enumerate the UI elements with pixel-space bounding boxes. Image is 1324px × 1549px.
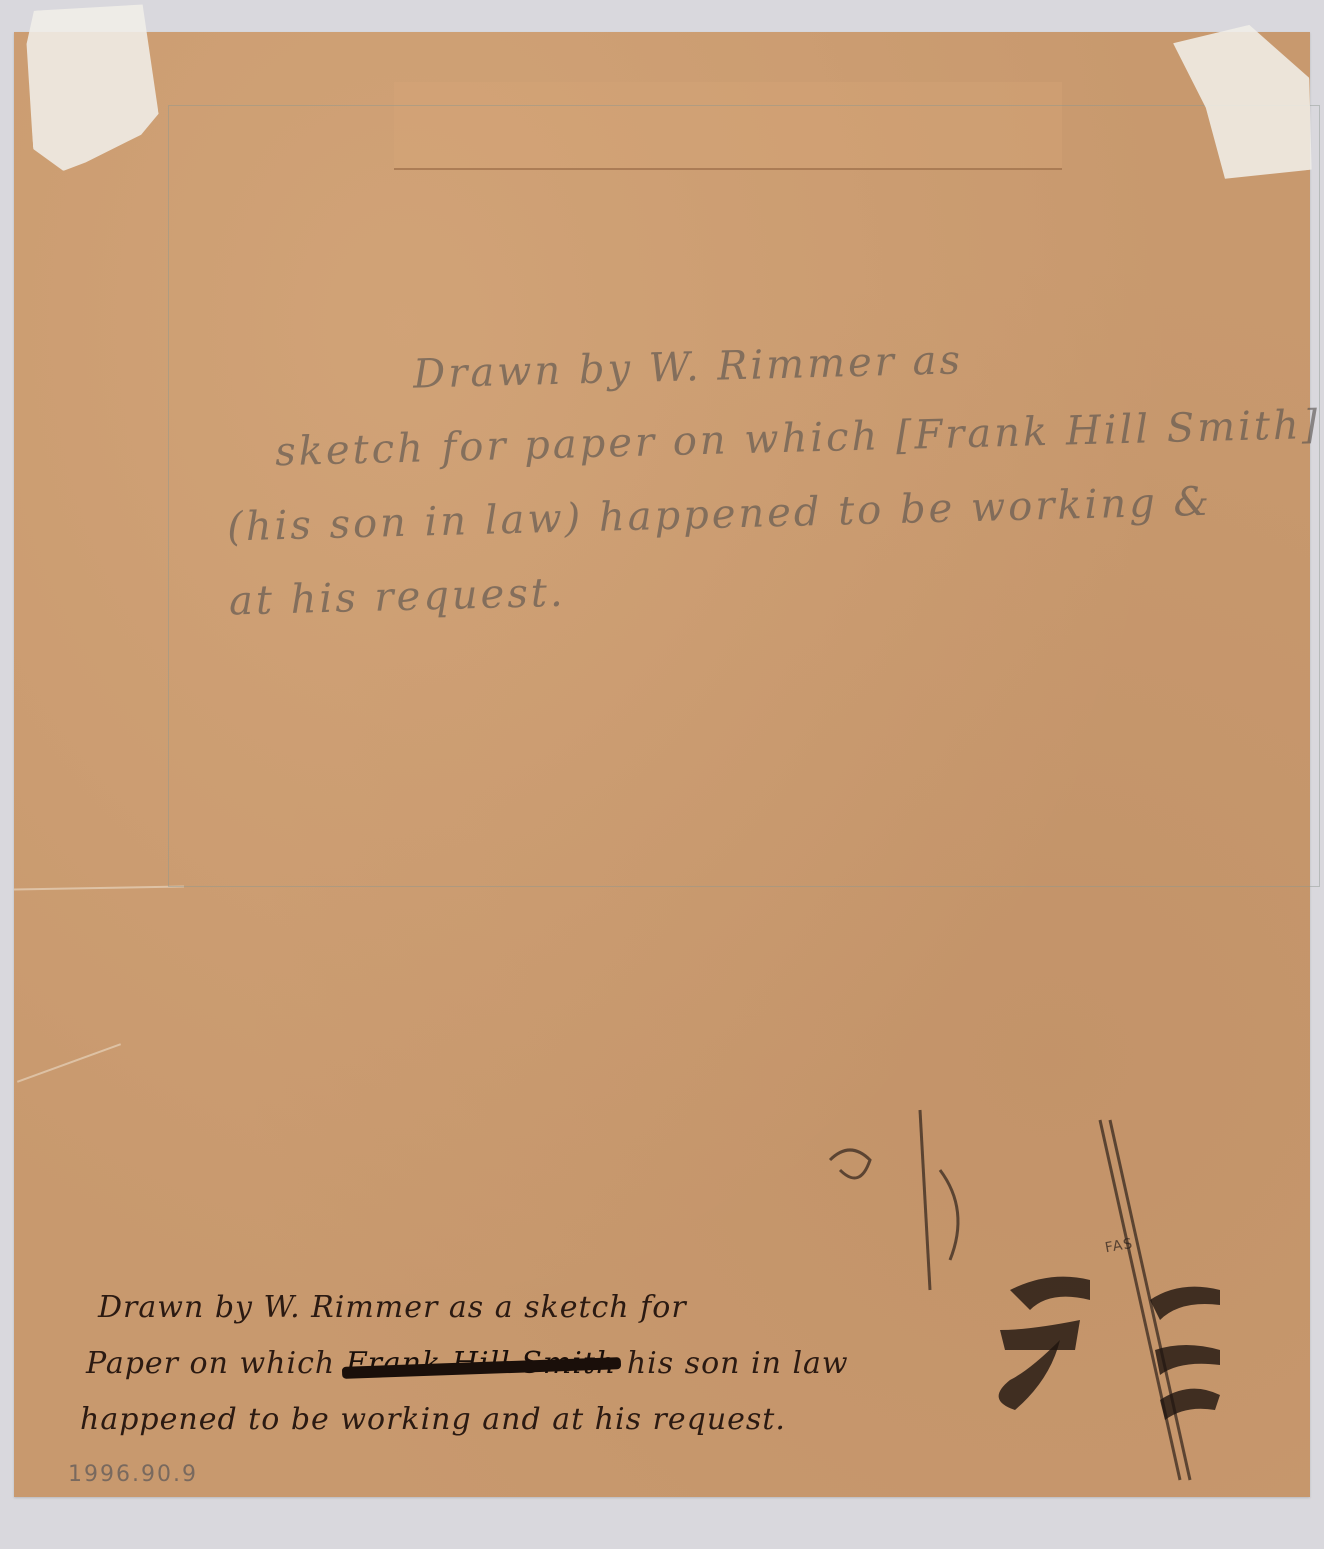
folded-paper-flap: [394, 82, 1062, 170]
paper-sheet: [14, 32, 1310, 1497]
ink-line-1: Drawn by W. Rimmer as a sketch for: [80, 1280, 860, 1336]
ink-line-3: happened to be working and at his reques…: [80, 1392, 860, 1448]
struck-through-text: Frank Hill Smith: [346, 1336, 617, 1392]
ink-inscription: Drawn by W. Rimmer as a sketch for Paper…: [80, 1280, 860, 1448]
pencil-inscription: Drawn by W. Rimmer as sketch for paper o…: [222, 317, 1189, 638]
paper-tear: [17, 1043, 121, 1083]
paper-tear: [14, 886, 184, 891]
ink-line-2: Paper on which Frank Hill Smith his son …: [80, 1336, 860, 1392]
accession-number: 1996.90.9: [68, 1462, 198, 1487]
ink-line-2-start: Paper on which: [86, 1346, 335, 1381]
ink-line-2-end: his son in law: [627, 1346, 849, 1381]
